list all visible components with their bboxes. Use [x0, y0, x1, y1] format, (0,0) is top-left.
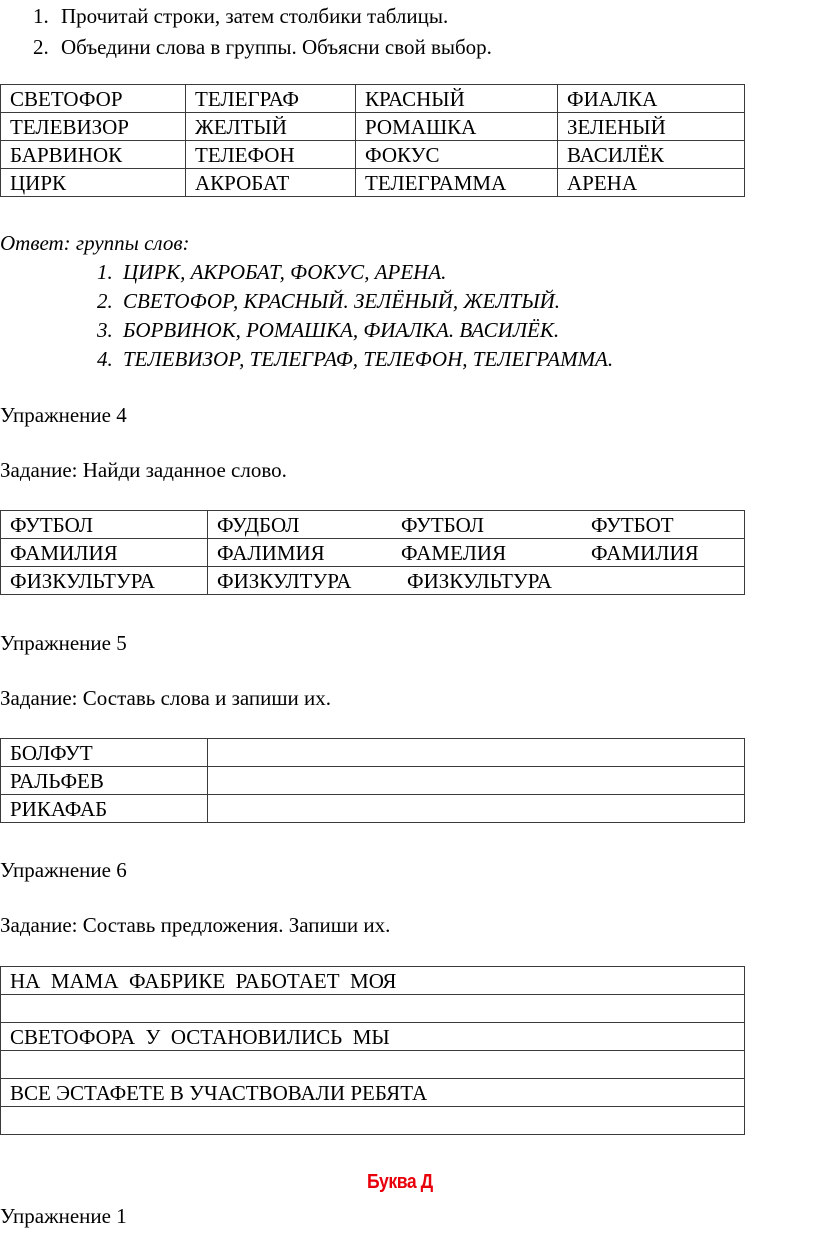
scrambled-word: РИКАФАБ [1, 795, 208, 823]
answer-text: БОРВИНОК, РОМАШКА, ФИАЛКА. ВАСИЛЁК. [123, 318, 559, 342]
compose-words-table: БОЛФУТ РАЛЬФЕВ РИКАФАБ [0, 738, 745, 823]
section-title: Буква Д [367, 1171, 433, 1194]
exercise-task: Задание: Найди заданное слово. [0, 457, 287, 483]
find-word-table: ФУТБОЛ ФУДБОЛ ФУТБОЛ ФУТБОТ ФАМИЛИЯ ФАЛИ… [0, 510, 745, 595]
table-cell: АРЕНА [558, 169, 745, 197]
table-row [1, 995, 745, 1023]
table-row: НА МАМА ФАБРИКЕ РАБОТАЕТ МОЯ [1, 967, 745, 995]
answer-text: ЦИРК, АКРОБАТ, ФОКУС, АРЕНА. [123, 260, 446, 284]
instruction-text: Прочитай строки, затем столбики таблицы. [61, 4, 448, 28]
table-cell: ФАЛИМИЯ ФАМЕЛИЯ ФАМИЛИЯ [208, 539, 745, 567]
answer-cell[interactable] [208, 795, 745, 823]
table-cell: ЦИРК [1, 169, 186, 197]
table-cell: ФУДБОЛ ФУТБОЛ ФУТБОТ [208, 511, 745, 539]
word-option: ФАМЕЛИЯ [401, 540, 591, 566]
table-row [1, 1051, 745, 1079]
table-row: СВЕТОФОР ТЕЛЕГРАФ КРАСНЫЙ ФИАЛКА [1, 85, 745, 113]
instruction-item: 1.Прочитай строки, затем столбики таблиц… [33, 3, 448, 29]
word-option: ФУТБОЛ [401, 512, 591, 538]
answer-cell[interactable] [1, 1051, 745, 1079]
exercise-task: Задание: Составь слова и запиши их. [0, 685, 331, 711]
table-cell: ЗЕЛЕНЫЙ [558, 113, 745, 141]
word-option: ФУТБОТ [591, 512, 674, 538]
word-option: ФАЛИМИЯ [217, 540, 401, 566]
table-cell: ФУТБОЛ [1, 511, 208, 539]
answer-label: Ответ: группы слов: [0, 230, 189, 256]
compose-sentences-table: НА МАМА ФАБРИКЕ РАБОТАЕТ МОЯ СВЕТОФОРА У… [0, 966, 745, 1135]
table-cell: ЖЕЛТЫЙ [186, 113, 356, 141]
table-cell: ТЕЛЕФОН [186, 141, 356, 169]
table-row [1, 1107, 745, 1135]
instruction-number: 1. [33, 3, 61, 29]
scrambled-sentence: НА МАМА ФАБРИКЕ РАБОТАЕТ МОЯ [1, 967, 745, 995]
word-table: СВЕТОФОР ТЕЛЕГРАФ КРАСНЫЙ ФИАЛКА ТЕЛЕВИЗ… [0, 84, 745, 197]
table-row: ФАМИЛИЯ ФАЛИМИЯ ФАМЕЛИЯ ФАМИЛИЯ [1, 539, 745, 567]
answer-cell[interactable] [1, 995, 745, 1023]
table-row: ВСЕ ЭСТАФЕТЕ В УЧАСТВОВАЛИ РЕБЯТА [1, 1079, 745, 1107]
table-row: РАЛЬФЕВ [1, 767, 745, 795]
table-cell: СВЕТОФОР [1, 85, 186, 113]
answer-number: 4. [97, 346, 123, 372]
table-cell: БАРВИНОК [1, 141, 186, 169]
word-option: ФУДБОЛ [217, 512, 401, 538]
table-row: СВЕТОФОРА У ОСТАНОВИЛИСЬ МЫ [1, 1023, 745, 1051]
word-option: ФИЗКУЛЬТУРА [407, 568, 597, 594]
exercise-task: Задание: Составь предложения. Запиши их. [0, 912, 390, 938]
table-cell: РОМАШКА [356, 113, 558, 141]
exercise-title: Упражнение 1 [0, 1203, 127, 1229]
table-row: РИКАФАБ [1, 795, 745, 823]
answer-cell[interactable] [208, 739, 745, 767]
answer-text: СВЕТОФОР, КРАСНЫЙ. ЗЕЛЁНЫЙ, ЖЕЛТЫЙ. [123, 289, 560, 313]
table-cell: ФАМИЛИЯ [1, 539, 208, 567]
table-cell: АКРОБАТ [186, 169, 356, 197]
answer-item: 1.ЦИРК, АКРОБАТ, ФОКУС, АРЕНА. [97, 259, 446, 285]
table-row: ЦИРК АКРОБАТ ТЕЛЕГРАММА АРЕНА [1, 169, 745, 197]
exercise-title: Упражнение 4 [0, 402, 127, 428]
answer-number: 3. [97, 317, 123, 343]
answer-cell[interactable] [208, 767, 745, 795]
table-row: ФУТБОЛ ФУДБОЛ ФУТБОЛ ФУТБОТ [1, 511, 745, 539]
table-cell: ФИЗКУЛТУРА ФИЗКУЛЬТУРА [208, 567, 745, 595]
table-row: БАРВИНОК ТЕЛЕФОН ФОКУС ВАСИЛЁК [1, 141, 745, 169]
table-cell: ВАСИЛЁК [558, 141, 745, 169]
instruction-text: Объедини слова в группы. Объясни свой вы… [61, 35, 492, 59]
exercise-title: Упражнение 5 [0, 630, 127, 656]
table-row: БОЛФУТ [1, 739, 745, 767]
word-option: ФИЗКУЛТУРА [217, 568, 407, 594]
answer-number: 2. [97, 288, 123, 314]
table-row: ФИЗКУЛЬТУРА ФИЗКУЛТУРА ФИЗКУЛЬТУРА [1, 567, 745, 595]
scrambled-word: БОЛФУТ [1, 739, 208, 767]
answer-item: 3.БОРВИНОК, РОМАШКА, ФИАЛКА. ВАСИЛЁК. [97, 317, 559, 343]
answer-text: ТЕЛЕВИЗОР, ТЕЛЕГРАФ, ТЕЛЕФОН, ТЕЛЕГРАММА… [123, 347, 613, 371]
answer-item: 2.СВЕТОФОР, КРАСНЫЙ. ЗЕЛЁНЫЙ, ЖЕЛТЫЙ. [97, 288, 560, 314]
instruction-item: 2.Объедини слова в группы. Объясни свой … [33, 34, 492, 60]
scrambled-sentence: СВЕТОФОРА У ОСТАНОВИЛИСЬ МЫ [1, 1023, 745, 1051]
word-option: ФАМИЛИЯ [591, 540, 699, 566]
answer-item: 4.ТЕЛЕВИЗОР, ТЕЛЕГРАФ, ТЕЛЕФОН, ТЕЛЕГРАМ… [97, 346, 613, 372]
table-cell: ТЕЛЕГРАММА [356, 169, 558, 197]
table-cell: ФИЗКУЛЬТУРА [1, 567, 208, 595]
table-row: ТЕЛЕВИЗОР ЖЕЛТЫЙ РОМАШКА ЗЕЛЕНЫЙ [1, 113, 745, 141]
answer-number: 1. [97, 259, 123, 285]
instruction-number: 2. [33, 34, 61, 60]
scrambled-word: РАЛЬФЕВ [1, 767, 208, 795]
table-cell: ФОКУС [356, 141, 558, 169]
table-cell: ТЕЛЕГРАФ [186, 85, 356, 113]
answer-cell[interactable] [1, 1107, 745, 1135]
table-cell: ТЕЛЕВИЗОР [1, 113, 186, 141]
table-cell: КРАСНЫЙ [356, 85, 558, 113]
scrambled-sentence: ВСЕ ЭСТАФЕТЕ В УЧАСТВОВАЛИ РЕБЯТА [1, 1079, 745, 1107]
table-cell: ФИАЛКА [558, 85, 745, 113]
exercise-title: Упражнение 6 [0, 857, 127, 883]
